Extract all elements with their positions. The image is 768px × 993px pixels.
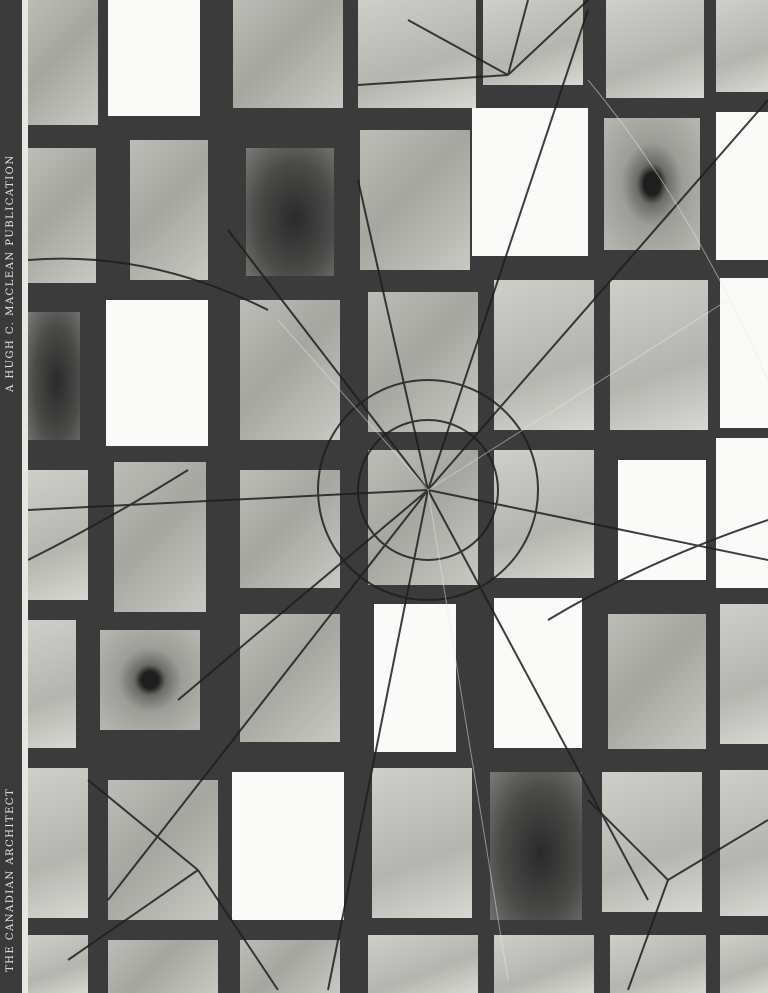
magazine-title: THE CANADIAN ARCHITECT (5, 788, 16, 972)
shattered-glass-cracks (28, 0, 768, 993)
cover-photograph (28, 0, 768, 993)
publisher-line: A HUGH C. MACLEAN PUBLICATION (5, 154, 16, 392)
